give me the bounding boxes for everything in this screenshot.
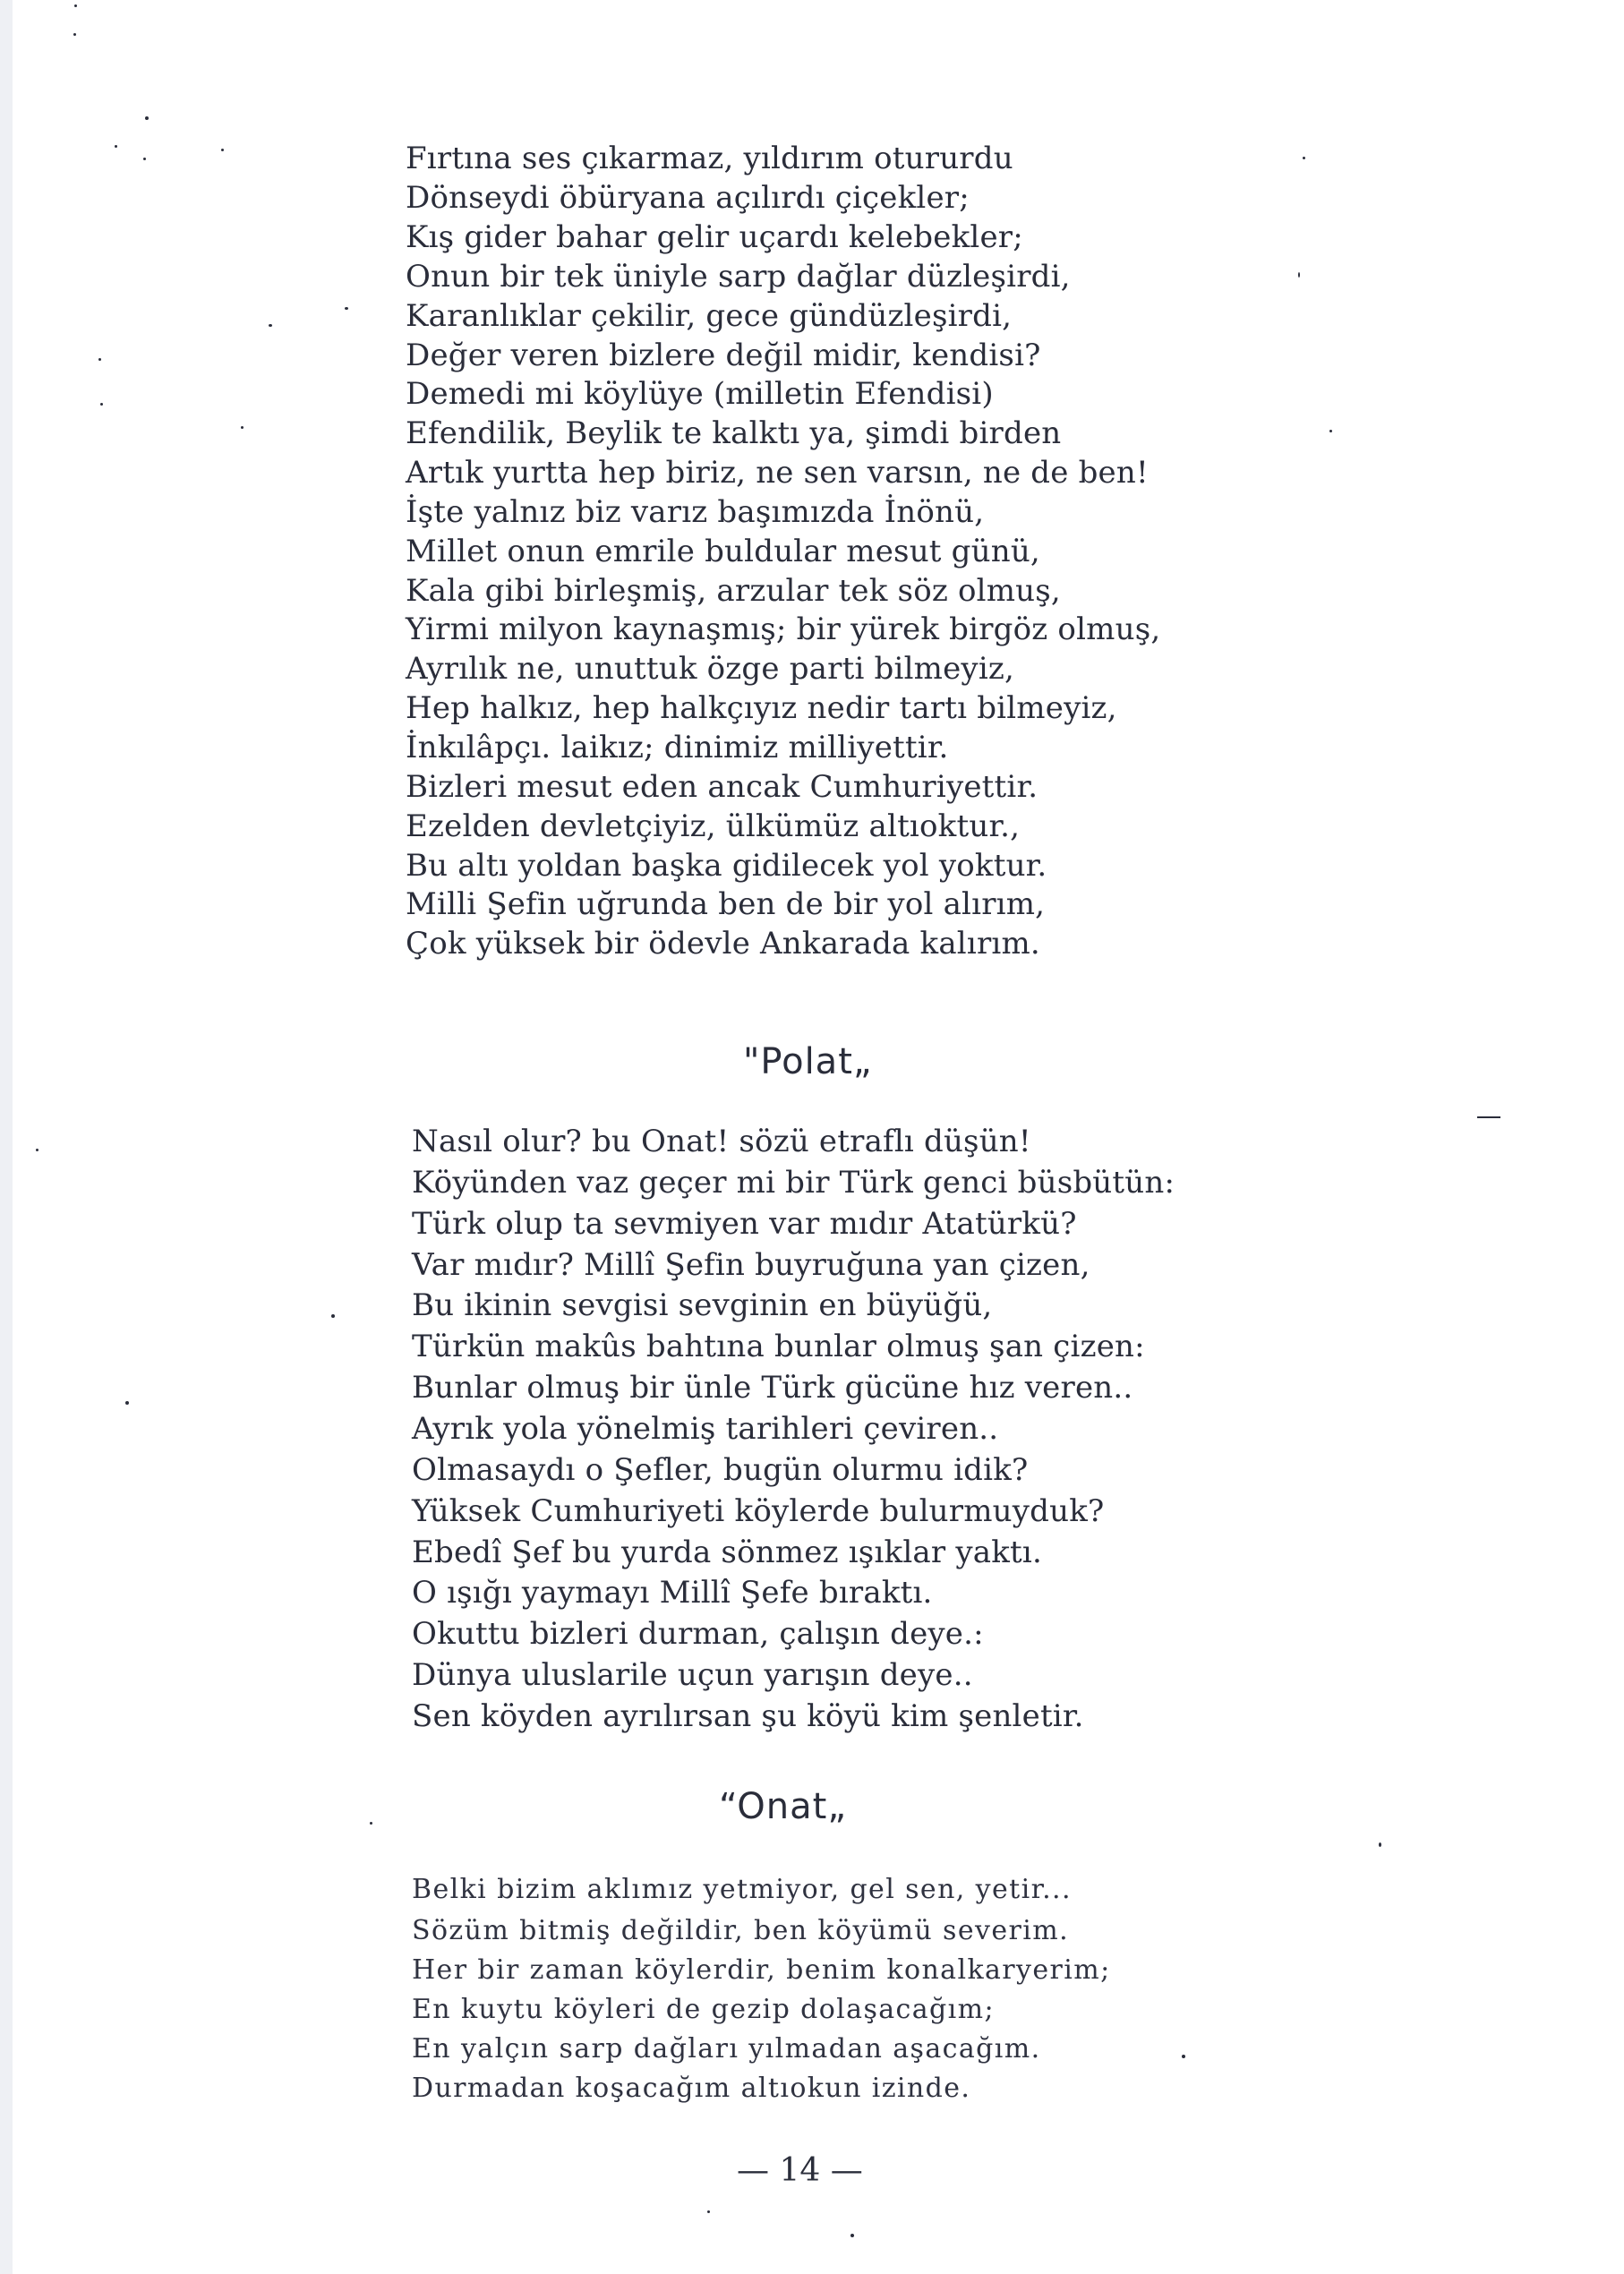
poem-line: Artık yurtta hep biriz, ne sen varsın, n… bbox=[406, 457, 1149, 488]
poem-line: Bizleri mesut eden ancak Cumhuriyettir. bbox=[406, 772, 1038, 802]
scan-speck bbox=[1303, 157, 1305, 159]
scan-speck bbox=[345, 307, 348, 310]
scan-speck bbox=[241, 426, 244, 429]
poem-line: Dönseydi öbüryana açılırdı çiçekler; bbox=[406, 183, 970, 213]
poem-line: Bu altı yoldan başka gidilecek yol yoktu… bbox=[406, 851, 1047, 881]
scan-speck bbox=[74, 4, 77, 7]
scan-speck bbox=[36, 1149, 38, 1151]
scan-speck bbox=[1477, 1116, 1500, 1118]
poem-line: Kala gibi birleşmiş, arzular tek söz olm… bbox=[406, 576, 1061, 606]
poem-line: Millet onun emrile buldular mesut günü, bbox=[406, 536, 1040, 567]
poem-line: En kuytu köyleri de gezip dolaşacağım; bbox=[412, 1996, 995, 2023]
poem-line: Çok yüksek bir ödevle Ankarada kalırım. bbox=[406, 928, 1040, 959]
scan-speck bbox=[221, 149, 224, 151]
poem-line: En yalçın sarp dağları yılmadan aşacağım… bbox=[412, 2036, 1041, 2063]
poem-line: Ayrık yola yönelmiş tarihleri çeviren.. bbox=[412, 1414, 998, 1444]
scan-speck bbox=[100, 403, 103, 406]
scan-speck bbox=[850, 2234, 854, 2237]
scan-speck bbox=[73, 33, 76, 36]
poem-line: Ezelden devletçiyiz, ülkümüz altıoktur., bbox=[406, 811, 1020, 842]
poem-line: Ebedî Şef bu yurda sönmez ışıklar yaktı. bbox=[412, 1537, 1042, 1568]
book-page: Fırtına ses çıkarmaz, yıldırım otururdu … bbox=[0, 0, 1624, 2274]
poem-line: İşte yalnız biz varız başımızda İnönü, bbox=[406, 497, 984, 527]
poem-line: Yüksek Cumhuriyeti köylerde bulurmuyduk? bbox=[412, 1496, 1104, 1526]
poem-line: O ışığı yaymayı Millî Şefe bıraktı. bbox=[412, 1577, 933, 1608]
page-number: — 14 — bbox=[737, 2155, 863, 2187]
poem-line: Köyünden vaz geçer mi bir Türk genci büs… bbox=[412, 1167, 1175, 1198]
poem-line: Efendilik, Beylik te kalktı ya, şimdi bi… bbox=[406, 418, 1061, 449]
poem-line: Var mıdır? Millî Şefin buyruğuna yan çiz… bbox=[412, 1250, 1090, 1280]
poem-line: Her bir zaman köylerdir, benim konalkary… bbox=[412, 1957, 1111, 1984]
poem-line: Hep halkız, hep halkçıyız nedir tartı bi… bbox=[406, 693, 1117, 723]
scan-speck bbox=[115, 145, 117, 148]
poem-line: Olmasaydı o Şefler, bugün olurmu idik? bbox=[412, 1455, 1028, 1485]
scan-speck bbox=[145, 116, 149, 120]
poem-line: Ayrılık ne, unuttuk özge parti bilmeyiz, bbox=[406, 654, 1014, 684]
poem-line: İnkılâpçı. laikız; dinimiz milliyettir. bbox=[406, 732, 949, 763]
poem-line: Okuttu bizleri durman, çalışın deye.: bbox=[412, 1619, 984, 1649]
poem-line: Belki bizim aklımız yetmiyor, gel sen, y… bbox=[412, 1876, 1072, 1903]
scan-speck bbox=[125, 1401, 129, 1405]
speaker-heading-polat: "Polat„ bbox=[743, 1044, 873, 1080]
poem-line: Karanlıklar çekilir, gece gündüzleşirdi, bbox=[406, 301, 1012, 331]
poem-line: Yirmi milyon kaynaşmış; bir yürek birgöz… bbox=[406, 614, 1160, 645]
scan-speck bbox=[331, 1314, 335, 1318]
poem-line: Kış gider bahar gelir uçardı kelebekler; bbox=[406, 222, 1023, 252]
poem-line: Bunlar olmuş bir ünle Türk gücüne hız ve… bbox=[412, 1372, 1133, 1403]
scan-speck bbox=[143, 158, 146, 160]
poem-line: Bu ikinin sevgisi sevginin en büyüğü, bbox=[412, 1290, 992, 1321]
scan-speck bbox=[1379, 1842, 1381, 1847]
scan-speck bbox=[269, 324, 272, 327]
scan-speck bbox=[98, 358, 101, 361]
poem-line: Dünya uluslarile uçun yarışın deye.. bbox=[412, 1660, 973, 1690]
poem-line: Nasıl olur? bu Onat! sözü etraflı düşün! bbox=[412, 1126, 1031, 1157]
poem-line: Türkün makûs bahtına bunlar olmuş şan çi… bbox=[412, 1331, 1145, 1362]
scan-speck bbox=[1182, 2055, 1185, 2058]
poem-line: Değer veren bizlere değil midir, kendisi… bbox=[406, 340, 1041, 371]
poem-line: Fırtına ses çıkarmaz, yıldırım otururdu bbox=[406, 143, 1013, 174]
poem-line: Milli Şefin uğrunda ben de bir yol alırı… bbox=[406, 889, 1045, 919]
poem-line: Durmadan koşacağım altıokun izinde. bbox=[412, 2075, 970, 2102]
speaker-heading-onat: “Onat„ bbox=[719, 1789, 847, 1825]
poem-line: Demedi mi köylüye (milletin Efendisi) bbox=[406, 379, 994, 409]
scan-speck bbox=[1329, 430, 1332, 432]
poem-line: Onun bir tek üniyle sarp dağlar düzleşir… bbox=[406, 261, 1071, 292]
scan-speck bbox=[707, 2210, 710, 2213]
scan-speck bbox=[1298, 272, 1300, 278]
poem-line: Türk olup ta sevmiyen var mıdır Atatürkü… bbox=[412, 1209, 1077, 1239]
scan-speck bbox=[370, 1822, 372, 1825]
poem-line: Sen köyden ayrılırsan şu köyü kim şenlet… bbox=[412, 1701, 1084, 1731]
poem-line: Sözüm bitmiş değildir, ben köyümü severi… bbox=[412, 1918, 1069, 1945]
